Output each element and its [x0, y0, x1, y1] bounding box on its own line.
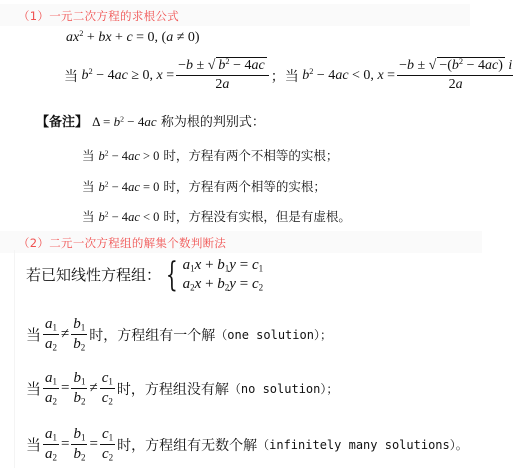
linear-system-intro: 若已知线性方程组： { a1x + b1y = c1 a2x + b2y = c…	[26, 256, 263, 294]
case-condition: b2 − 4ac > 0	[99, 149, 160, 163]
rule-one-solution: 当 a1a2≠b1b2 时，方程组有一个解 （one solution）；	[26, 316, 332, 354]
discriminant-case-negative: 当 b2 − 4ac < 0 时，方程没有实根，但是有虚根。	[82, 207, 351, 225]
discriminant-case-zero: 当 b2 − 4ac = 0 时，方程有两个相等的实根；	[82, 177, 326, 195]
system-equation-1: a1x + b1y = c1	[183, 256, 263, 275]
root-formula-line: 当 b2 − 4ac ≥ 0, x = −b ± √b2 − 4ac 2a ； …	[64, 58, 513, 93]
case-condition: b2 − 4ac = 0	[99, 180, 160, 194]
equation-system: a1x + b1y = c1 a2x + b2y = c2	[183, 256, 263, 294]
rule-no-solution: 当 a1a2=b1b2≠c1c2 时，方程组没有解 （no solution）；	[26, 370, 338, 408]
case-condition: b2 − 4ac < 0	[99, 210, 160, 224]
section2-heading: （2）二元一次方程组的解集个数判断法	[18, 235, 226, 251]
rule-condition: a1a2≠b1b2	[41, 316, 89, 354]
discriminant-formula: Δ = b2 − 4ac	[92, 114, 157, 129]
discriminant-case-positive: 当 b2 − 4ac > 0 时，方程有两个不相等的实根；	[82, 146, 338, 164]
case-pos-condition: b2 − 4ac ≥ 0, x =	[78, 68, 174, 84]
root-formula-real: −b ± √b2 − 4ac 2a	[176, 58, 269, 93]
rule-infinite-solutions: 当 a1a2=b1b2=c1c2 时，方程组有无数个解 （infinitely …	[26, 426, 468, 464]
section1-heading: （1）一元二次方程的求根公式	[18, 8, 179, 24]
root-formula-complex: −b ± √−(b2 − 4ac) i 2a	[397, 58, 513, 93]
section2-left-border	[14, 250, 15, 468]
quadratic-equation: ax2 + bx + c = 0, (a ≠ 0)	[66, 30, 200, 46]
rule-condition: a1a2=b1b2≠c1c2	[41, 370, 117, 408]
discriminant-note: 【备注】 Δ = b2 − 4ac 称为根的判别式：	[36, 111, 265, 130]
left-brace: {	[166, 258, 178, 292]
case-neg-condition: b2 − 4ac < 0, x =	[299, 68, 395, 84]
rule-condition: a1a2=b1b2=c1c2	[41, 426, 117, 464]
system-equation-2: a2x + b2y = c2	[183, 275, 263, 294]
